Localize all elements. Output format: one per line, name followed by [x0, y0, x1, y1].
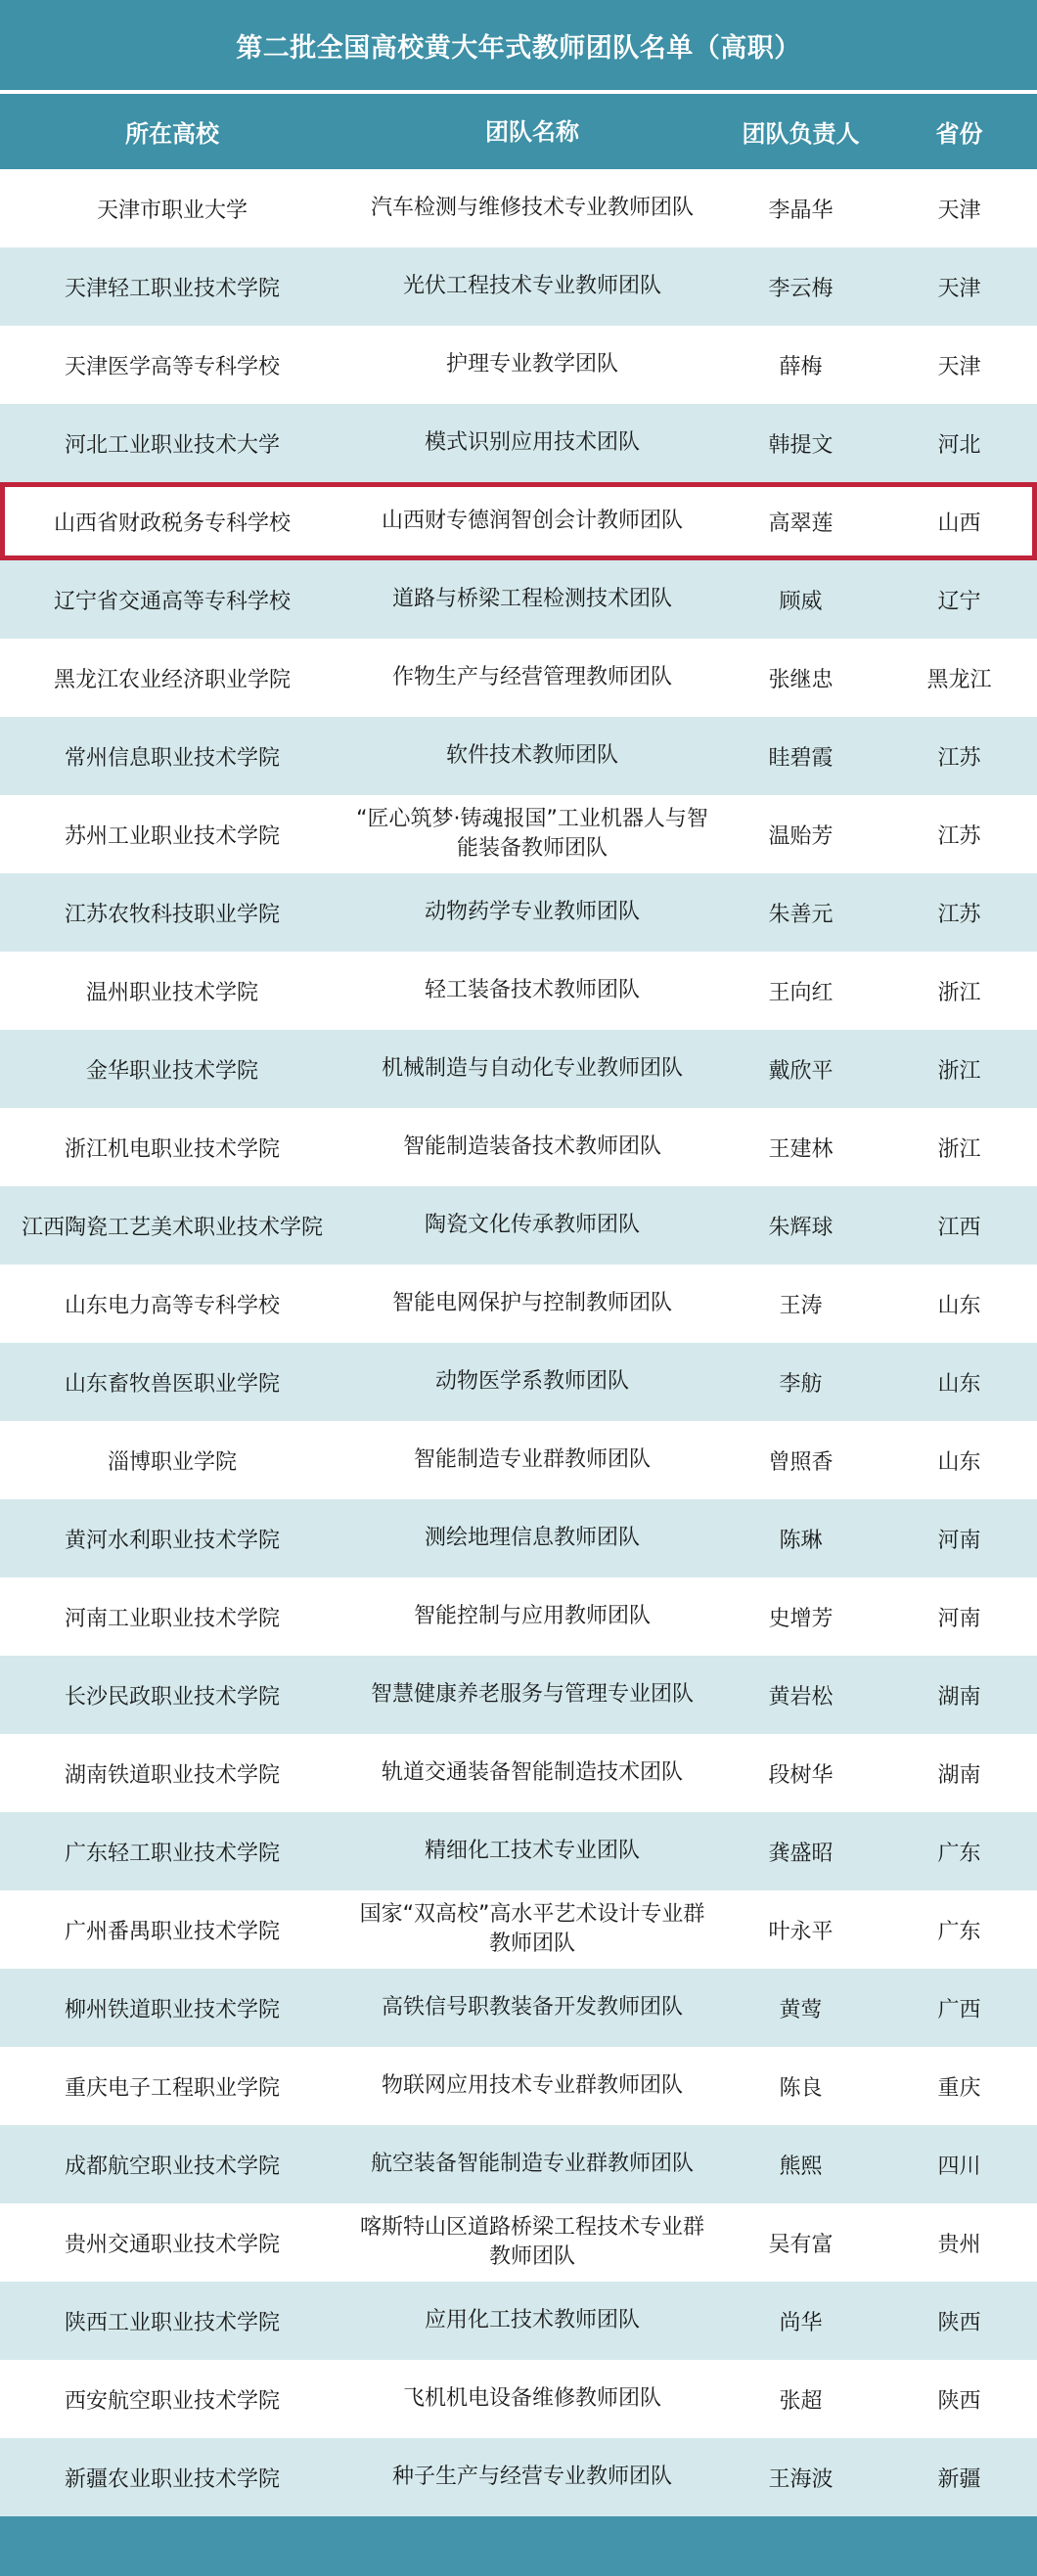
cell-school: 金华职业技术学院 — [0, 1054, 344, 1085]
cell-province: 河南 — [881, 1524, 1037, 1554]
cell-province: 湖南 — [881, 1758, 1037, 1789]
cell-team: 动物药学专业教师团队 — [344, 898, 720, 927]
cell-team: 作物生产与经营管理教师团队 — [344, 663, 720, 692]
cell-school: 苏州工业职业技术学院 — [0, 820, 344, 850]
cell-leader: 朱辉球 — [720, 1211, 881, 1241]
cell-province: 黑龙江 — [881, 663, 1037, 693]
table-row: 湖南铁道职业技术学院轨道交通装备智能制造技术团队段树华湖南 — [0, 1734, 1037, 1812]
table-row: 浙江机电职业技术学院智能制造装备技术教师团队王建林浙江 — [0, 1108, 1037, 1186]
cell-leader: 史增芳 — [720, 1602, 881, 1632]
table-row: 辽宁省交通高等专科学校道路与桥梁工程检测技术团队顾威辽宁 — [0, 560, 1037, 639]
cell-leader: 陈良 — [720, 2071, 881, 2102]
cell-team: 光伏工程技术专业教师团队 — [344, 272, 720, 301]
cell-team: 模式识别应用技术团队 — [344, 428, 720, 458]
cell-province: 湖南 — [881, 1680, 1037, 1710]
table-row: 广东轻工职业技术学院精细化工技术专业团队龚盛昭广东 — [0, 1812, 1037, 1890]
cell-team: 机械制造与自动化专业教师团队 — [344, 1054, 720, 1084]
cell-school: 河南工业职业技术学院 — [0, 1602, 344, 1632]
cell-leader: 曾照香 — [720, 1445, 881, 1476]
cell-province: 浙江 — [881, 976, 1037, 1006]
table-row: 贵州交通职业技术学院喀斯特山区道路桥梁工程技术专业群教师团队吴有富贵州 — [0, 2203, 1037, 2282]
table-row: 金华职业技术学院机械制造与自动化专业教师团队戴欣平浙江 — [0, 1030, 1037, 1108]
cell-province: 山西 — [881, 507, 1037, 537]
cell-team: 陶瓷文化传承教师团队 — [344, 1211, 720, 1240]
cell-team: 山西财专德润智创会计教师团队 — [344, 507, 720, 536]
table-row: 长沙民政职业技术学院智慧健康养老服务与管理专业团队黄岩松湖南 — [0, 1656, 1037, 1734]
roster-table: 第二批全国高校黄大年式教师团队名单（高职） 所在高校 团队名称 团队负责人 省份… — [0, 0, 1037, 2576]
cell-school: 陕西工业职业技术学院 — [0, 2306, 344, 2336]
cell-leader: 高翠莲 — [720, 507, 881, 537]
table-row: 天津医学高等专科学校护理专业教学团队薛梅天津 — [0, 326, 1037, 404]
table-row: 山东电力高等专科学校智能电网保护与控制教师团队王涛山东 — [0, 1265, 1037, 1343]
cell-leader: 戴欣平 — [720, 1054, 881, 1085]
cell-team: 航空装备智能制造专业群教师团队 — [344, 2150, 720, 2179]
table-row: 常州信息职业技术学院软件技术教师团队眭碧霞江苏 — [0, 717, 1037, 795]
cell-school: 淄博职业学院 — [0, 1445, 344, 1476]
table-row: 江西陶瓷工艺美术职业技术学院陶瓷文化传承教师团队朱辉球江西 — [0, 1186, 1037, 1265]
cell-school: 温州职业技术学院 — [0, 976, 344, 1006]
cell-leader: 段树华 — [720, 1758, 881, 1789]
table-row: 新疆农业职业技术学院种子生产与经营专业教师团队王海波新疆 — [0, 2438, 1037, 2516]
cell-province: 广东 — [881, 1837, 1037, 1867]
table-row: 黑龙江农业经济职业学院作物生产与经营管理教师团队张继忠黑龙江 — [0, 639, 1037, 717]
cell-province: 山东 — [881, 1445, 1037, 1476]
cell-school: 河北工业职业技术大学 — [0, 428, 344, 459]
cell-province: 陕西 — [881, 2384, 1037, 2415]
cell-team: 护理专业教学团队 — [344, 350, 720, 379]
table-row: 柳州铁道职业技术学院高铁信号职教装备开发教师团队黄莺广西 — [0, 1969, 1037, 2047]
cell-school: 新疆农业职业技术学院 — [0, 2463, 344, 2493]
table-row: 淄博职业学院智能制造专业群教师团队曾照香山东 — [0, 1421, 1037, 1499]
cell-team: 智能控制与应用教师团队 — [344, 1602, 720, 1631]
cell-school: 常州信息职业技术学院 — [0, 741, 344, 772]
table-row: 江苏农牧科技职业学院动物药学专业教师团队朱善元江苏 — [0, 873, 1037, 952]
table-row: 河北工业职业技术大学模式识别应用技术团队韩提文河北 — [0, 404, 1037, 482]
cell-province: 广西 — [881, 1993, 1037, 2023]
cell-school: 天津医学高等专科学校 — [0, 350, 344, 380]
table-row: 苏州工业职业技术学院“匠心筑梦·铸魂报国”工业机器人与智能装备教师团队温贻芳江苏 — [0, 795, 1037, 873]
table-row: 山东畜牧兽医职业学院动物医学系教师团队李舫山东 — [0, 1343, 1037, 1421]
cell-province: 贵州 — [881, 2228, 1037, 2258]
cell-leader: 尚华 — [720, 2306, 881, 2336]
cell-province: 山东 — [881, 1289, 1037, 1319]
cell-team: 精细化工技术专业团队 — [344, 1837, 720, 1866]
cell-school: 西安航空职业技术学院 — [0, 2384, 344, 2415]
column-header-leader: 团队负责人 — [720, 114, 881, 149]
column-header-province: 省份 — [881, 114, 1037, 149]
cell-province: 四川 — [881, 2150, 1037, 2180]
cell-province: 江西 — [881, 1211, 1037, 1241]
cell-province: 辽宁 — [881, 585, 1037, 615]
cell-leader: 王向红 — [720, 976, 881, 1006]
cell-school: 江苏农牧科技职业学院 — [0, 898, 344, 928]
cell-team: 种子生产与经营专业教师团队 — [344, 2463, 720, 2492]
column-header-school: 所在高校 — [0, 114, 344, 149]
cell-leader: 温贻芳 — [720, 820, 881, 850]
cell-school: 成都航空职业技术学院 — [0, 2150, 344, 2180]
cell-leader: 眭碧霞 — [720, 741, 881, 772]
cell-leader: 王建林 — [720, 1133, 881, 1163]
cell-leader: 李云梅 — [720, 272, 881, 302]
cell-leader: 李舫 — [720, 1367, 881, 1398]
cell-province: 浙江 — [881, 1133, 1037, 1163]
cell-team: 测绘地理信息教师团队 — [344, 1524, 720, 1553]
cell-leader: 李晶华 — [720, 194, 881, 224]
cell-school: 江西陶瓷工艺美术职业技术学院 — [0, 1211, 344, 1241]
cell-leader: 黄岩松 — [720, 1680, 881, 1710]
table-row: 广州番禺职业技术学院国家“双高校”高水平艺术设计专业群教师团队叶永平广东 — [0, 1890, 1037, 1969]
cell-school: 柳州铁道职业技术学院 — [0, 1993, 344, 2023]
cell-school: 浙江机电职业技术学院 — [0, 1133, 344, 1163]
cell-team: 物联网应用技术专业群教师团队 — [344, 2071, 720, 2101]
cell-school: 天津市职业大学 — [0, 194, 344, 224]
cell-leader: 韩提文 — [720, 428, 881, 459]
table-row: 天津市职业大学汽车检测与维修技术专业教师团队李晶华天津 — [0, 169, 1037, 247]
table-row: 温州职业技术学院轻工装备技术教师团队王向红浙江 — [0, 952, 1037, 1030]
cell-team: “匠心筑梦·铸魂报国”工业机器人与智能装备教师团队 — [344, 805, 720, 864]
table-body: 天津市职业大学汽车检测与维修技术专业教师团队李晶华天津天津轻工职业技术学院光伏工… — [0, 169, 1037, 2516]
cell-leader: 王涛 — [720, 1289, 881, 1319]
cell-school: 广州番禺职业技术学院 — [0, 1915, 344, 1945]
cell-leader: 张继忠 — [720, 663, 881, 693]
cell-team: 道路与桥梁工程检测技术团队 — [344, 585, 720, 614]
table-row: 成都航空职业技术学院航空装备智能制造专业群教师团队熊熙四川 — [0, 2125, 1037, 2203]
cell-team: 智能制造专业群教师团队 — [344, 1445, 720, 1475]
cell-team: 飞机机电设备维修教师团队 — [344, 2384, 720, 2414]
cell-province: 天津 — [881, 194, 1037, 224]
cell-province: 天津 — [881, 272, 1037, 302]
table-row: 河南工业职业技术学院智能控制与应用教师团队史增芳河南 — [0, 1577, 1037, 1656]
cell-province: 江苏 — [881, 898, 1037, 928]
cell-province: 江苏 — [881, 820, 1037, 850]
cell-team: 汽车检测与维修技术专业教师团队 — [344, 194, 720, 223]
cell-school: 山东电力高等专科学校 — [0, 1289, 344, 1319]
table-row-highlighted: 山西省财政税务专科学校山西财专德润智创会计教师团队高翠莲山西 — [0, 482, 1037, 560]
cell-school: 辽宁省交通高等专科学校 — [0, 585, 344, 615]
cell-leader: 王海波 — [720, 2463, 881, 2493]
cell-school: 黄河水利职业技术学院 — [0, 1524, 344, 1554]
cell-leader: 黄莺 — [720, 1993, 881, 2023]
cell-province: 江苏 — [881, 741, 1037, 772]
cell-leader: 顾威 — [720, 585, 881, 615]
cell-school: 天津轻工职业技术学院 — [0, 272, 344, 302]
cell-school: 长沙民政职业技术学院 — [0, 1680, 344, 1710]
cell-team: 高铁信号职教装备开发教师团队 — [344, 1993, 720, 2022]
cell-school: 黑龙江农业经济职业学院 — [0, 663, 344, 693]
table-row: 陕西工业职业技术学院应用化工技术教师团队尚华陕西 — [0, 2282, 1037, 2360]
table-row: 西安航空职业技术学院飞机机电设备维修教师团队张超陕西 — [0, 2360, 1037, 2438]
cell-team: 智能电网保护与控制教师团队 — [344, 1289, 720, 1318]
cell-school: 山西省财政税务专科学校 — [0, 507, 344, 537]
table-header: 所在高校 团队名称 团队负责人 省份 — [0, 94, 1037, 169]
cell-province: 河北 — [881, 428, 1037, 459]
cell-team: 轨道交通装备智能制造技术团队 — [344, 1758, 720, 1788]
cell-province: 山东 — [881, 1367, 1037, 1398]
cell-school: 重庆电子工程职业学院 — [0, 2071, 344, 2102]
cell-leader: 吴有富 — [720, 2228, 881, 2258]
cell-team: 国家“双高校”高水平艺术设计专业群教师团队 — [344, 1900, 720, 1959]
cell-province: 新疆 — [881, 2463, 1037, 2493]
cell-province: 浙江 — [881, 1054, 1037, 1085]
table-row: 重庆电子工程职业学院物联网应用技术专业群教师团队陈良重庆 — [0, 2047, 1037, 2125]
cell-leader: 熊熙 — [720, 2150, 881, 2180]
cell-province: 陕西 — [881, 2306, 1037, 2336]
table-title: 第二批全国高校黄大年式教师团队名单（高职） — [0, 0, 1037, 90]
cell-team: 动物医学系教师团队 — [344, 1367, 720, 1397]
table-footer — [0, 2516, 1037, 2576]
cell-leader: 朱善元 — [720, 898, 881, 928]
cell-team: 智慧健康养老服务与管理专业团队 — [344, 1680, 720, 1710]
cell-province: 重庆 — [881, 2071, 1037, 2102]
table-row: 黄河水利职业技术学院测绘地理信息教师团队陈琳河南 — [0, 1499, 1037, 1577]
cell-team: 智能制造装备技术教师团队 — [344, 1133, 720, 1162]
cell-team: 喀斯特山区道路桥梁工程技术专业群教师团队 — [344, 2213, 720, 2272]
cell-school: 山东畜牧兽医职业学院 — [0, 1367, 344, 1398]
cell-school: 广东轻工职业技术学院 — [0, 1837, 344, 1867]
cell-school: 湖南铁道职业技术学院 — [0, 1758, 344, 1789]
cell-province: 河南 — [881, 1602, 1037, 1632]
cell-leader: 叶永平 — [720, 1915, 881, 1945]
cell-leader: 薛梅 — [720, 350, 881, 380]
cell-team: 轻工装备技术教师团队 — [344, 976, 720, 1005]
cell-leader: 龚盛昭 — [720, 1837, 881, 1867]
column-header-team: 团队名称 — [344, 117, 720, 147]
cell-province: 广东 — [881, 1915, 1037, 1945]
cell-leader: 张超 — [720, 2384, 881, 2415]
cell-province: 天津 — [881, 350, 1037, 380]
cell-team: 软件技术教师团队 — [344, 741, 720, 771]
cell-team: 应用化工技术教师团队 — [344, 2306, 720, 2335]
cell-school: 贵州交通职业技术学院 — [0, 2228, 344, 2258]
table-row: 天津轻工职业技术学院光伏工程技术专业教师团队李云梅天津 — [0, 247, 1037, 326]
cell-leader: 陈琳 — [720, 1524, 881, 1554]
